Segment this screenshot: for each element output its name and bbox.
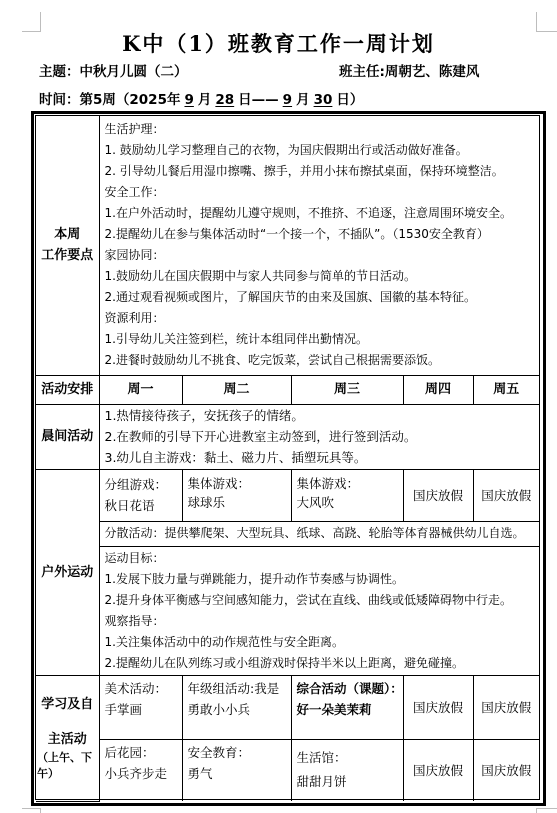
weekly-focus-label-line2: 工作要点 — [38, 245, 97, 266]
activity-title: 安全教育： — [188, 742, 286, 763]
outdoor-free-row: 分散活动：提供攀爬架、大型玩具、纸球、高跷、轮胎等体育器械供幼儿自选。 — [36, 521, 539, 546]
crop-mark-bottom-right-v — [536, 808, 537, 813]
time-prefix: 第5周（2025年 — [80, 92, 181, 108]
morning-line: 2.在教师的引导下开心进教室主动签到，进行签到活动。 — [105, 426, 535, 447]
schedule-header-row: 活动安排 周一 周二 周三 周四 周五 — [36, 375, 539, 404]
goal-line: 观察指导： — [105, 611, 535, 632]
crop-mark-bottom-right-h — [536, 808, 557, 809]
time-line: 时间：第5周（2025年9月28日——9月30日） — [39, 91, 363, 109]
focus-line: 2.提醒幼儿在参与集体活动时“一个接一个，不插队”。（1530安全教育） — [105, 224, 535, 245]
focus-line: 家园协同： — [105, 245, 535, 266]
morning-row: 晨间活动 1.热情接待孩子，安抚孩子的情绪。 2.在教师的引导下开心进教室主动签… — [36, 404, 539, 469]
learning-mon-2: 后花园： 小兵齐步走 — [99, 739, 182, 801]
outdoor-games-row: 户外运动 分组游戏： 秋日花语 集体游戏： 球球乐 集体游戏： 大风吹 国庆放假… — [36, 469, 539, 521]
learning-mon-1: 美术活动： 手掌画 — [99, 675, 182, 739]
outdoor-goals-row: 运动目标： 1.发展下肢力量与弹跳能力，提升动作节奏感与协调性。 2.提升身体平… — [36, 546, 539, 675]
morning-content: 1.热情接待孩子，安抚孩子的情绪。 2.在教师的引导下开心进教室主动签到，进行签… — [99, 404, 539, 469]
activity-name: 好一朵美茉莉 — [297, 699, 398, 720]
start-month: 9 — [180, 92, 197, 108]
focus-line: 资源利用： — [105, 308, 535, 329]
crop-mark-top-left-v — [40, 12, 41, 32]
activity-title: 综合活动（课题）： — [297, 678, 398, 699]
morning-label: 晨间活动 — [36, 404, 99, 469]
activity-name: 勇敢小小兵 — [188, 699, 286, 720]
day-thursday: 周四 — [403, 375, 473, 404]
game-name: 秋日花语 — [105, 495, 177, 516]
learning-row-1: 学习及自 主活动 （上午、下午） 美术活动： 手掌画 年级组活动:我是 勇敢小小… — [36, 675, 539, 739]
outdoor-game-fri: 国庆放假 — [473, 469, 539, 521]
focus-line: 1.引导幼儿关注签到栏，统计本组同伴出勤情况。 — [105, 329, 535, 350]
teacher-label: 班主任: — [339, 64, 385, 80]
weekly-plan-table: 本周 工作要点 生活护理： 1. 鼓励幼儿学习整理自己的衣物，为国庆假期出行或活… — [36, 116, 539, 802]
activity-title: 美术活动： — [105, 678, 177, 699]
learning-thu-1: 国庆放假 — [403, 675, 473, 739]
weekly-focus-content: 生活护理： 1. 鼓励幼儿学习整理自己的衣物，为国庆假期出行或活动做好准备。 2… — [99, 116, 539, 375]
activity-title: 年级组活动:我是 — [188, 678, 286, 699]
focus-line: 2.通过观看视频或图片，了解国庆节的由来及国旗、国徽的基本特征。 — [105, 287, 535, 308]
end-day: 30 — [310, 92, 337, 108]
time-label: 时间： — [39, 92, 80, 108]
learning-thu-2: 国庆放假 — [403, 739, 473, 801]
game-name: 球球乐 — [188, 493, 286, 512]
learning-fri-2: 国庆放假 — [473, 739, 539, 801]
crop-mark-bottom-left-h — [22, 808, 41, 809]
weekly-focus-row: 本周 工作要点 生活护理： 1. 鼓励幼儿学习整理自己的衣物，为国庆假期出行或活… — [36, 116, 539, 375]
month-char-2: 月 — [296, 92, 310, 108]
learning-label-line1: 学习及自 — [37, 694, 98, 715]
goal-line: 1.关注集体活动中的动作规范性与安全距离。 — [105, 632, 535, 653]
theme-value: 中秋月儿圆（二） — [80, 64, 188, 80]
activity-name: 手掌画 — [105, 699, 177, 720]
activity-title: 生活馆： — [297, 746, 398, 770]
morning-line: 3.幼儿自主游戏：黏土、磁力片、插塑玩具等。 — [105, 447, 535, 468]
schedule-label: 活动安排 — [36, 375, 99, 404]
month-char: 月 — [198, 92, 212, 108]
game-name: 大风吹 — [297, 493, 398, 512]
activity-name: 甜甜月饼 — [297, 770, 398, 794]
crop-mark-top-right-v — [536, 12, 537, 32]
page-title: K中（1）班教育工作一周计划 — [0, 30, 557, 58]
game-title: 分组游戏： — [105, 474, 177, 495]
day-wednesday: 周三 — [291, 375, 403, 404]
end-month: 9 — [279, 92, 296, 108]
activity-name: 勇气 — [188, 763, 286, 784]
start-day: 28 — [211, 92, 238, 108]
outdoor-game-thu: 国庆放假 — [403, 469, 473, 521]
learning-tue-1: 年级组活动:我是 勇敢小小兵 — [182, 675, 291, 739]
goal-line: 1.发展下肢力量与弹跳能力，提升动作节奏感与协调性。 — [105, 569, 535, 590]
time-suffix: 日） — [336, 92, 363, 108]
outdoor-game-wed: 集体游戏： 大风吹 — [291, 469, 403, 521]
theme-line: 主题：中秋月儿圆（二） — [39, 63, 188, 81]
goal-line: 2.提醒幼儿在队列练习或小组游戏时保持半米以上距离，避免碰撞。 — [105, 653, 535, 674]
crop-mark-bottom-left-v — [40, 808, 41, 813]
focus-line: 2.进餐时鼓励幼儿不挑食、吃完饭菜，尝试自己根据需要添饭。 — [105, 350, 535, 371]
outdoor-game-tue: 集体游戏： 球球乐 — [182, 469, 291, 521]
day-separator: 日—— — [238, 92, 279, 108]
outdoor-game-mon: 分组游戏： 秋日花语 — [99, 469, 182, 521]
teacher-line: 班主任:周朝艺、陈建风 — [339, 63, 479, 81]
learning-fri-1: 国庆放假 — [473, 675, 539, 739]
outdoor-goals: 运动目标： 1.发展下肢力量与弹跳能力，提升动作节奏感与协调性。 2.提升身体平… — [99, 546, 539, 675]
learning-label: 学习及自 主活动 （上午、下午） — [36, 675, 99, 801]
day-tuesday: 周二 — [182, 375, 291, 404]
outdoor-label: 户外运动 — [36, 469, 99, 675]
focus-line: 安全工作： — [105, 182, 535, 203]
morning-line: 1.热情接待孩子，安抚孩子的情绪。 — [105, 405, 535, 426]
goal-line: 2.提升身体平衡感与空间感知能力，尝试在直线、曲线或低矮障碍物中行走。 — [105, 590, 535, 611]
learning-label-line2: 主活动 — [37, 729, 98, 750]
focus-line: 1. 鼓励幼儿学习整理自己的衣物，为国庆假期出行或活动做好准备。 — [105, 140, 535, 161]
learning-wed-2: 生活馆： 甜甜月饼 — [291, 739, 403, 801]
learning-label-note: （上午、下午） — [37, 750, 98, 782]
day-monday: 周一 — [99, 375, 182, 404]
focus-line: 2. 引导幼儿餐后用湿巾擦嘴、擦手，并用小抹布擦拭桌面，保持环境整洁。 — [105, 161, 535, 182]
focus-line: 1.在户外活动时，提醒幼儿遵守规则，不推挤、不追逐，注意周围环境安全。 — [105, 203, 535, 224]
learning-wed-1: 综合活动（课题）： 好一朵美茉莉 — [291, 675, 403, 739]
learning-row-2: 后花园： 小兵齐步走 安全教育： 勇气 生活馆： 甜甜月饼 国庆放假 国庆放假 — [36, 739, 539, 801]
goal-line: 运动目标： — [105, 548, 535, 569]
activity-name: 小兵齐步走 — [105, 763, 177, 784]
teacher-value: 周朝艺、陈建风 — [385, 64, 480, 80]
learning-tue-2: 安全教育： 勇气 — [182, 739, 291, 801]
focus-line: 1.鼓励幼儿在国庆假期中与家人共同参与简单的节日活动。 — [105, 266, 535, 287]
focus-line: 生活护理： — [105, 119, 535, 140]
game-title: 集体游戏： — [188, 474, 286, 493]
day-friday: 周五 — [473, 375, 539, 404]
activity-title: 后花园： — [105, 742, 177, 763]
outdoor-free-activity: 分散活动：提供攀爬架、大型玩具、纸球、高跷、轮胎等体育器械供幼儿自选。 — [99, 521, 539, 546]
game-title: 集体游戏： — [297, 474, 398, 493]
weekly-focus-label-line1: 本周 — [38, 224, 97, 245]
weekly-focus-label: 本周 工作要点 — [36, 116, 99, 375]
theme-label: 主题： — [39, 64, 80, 80]
